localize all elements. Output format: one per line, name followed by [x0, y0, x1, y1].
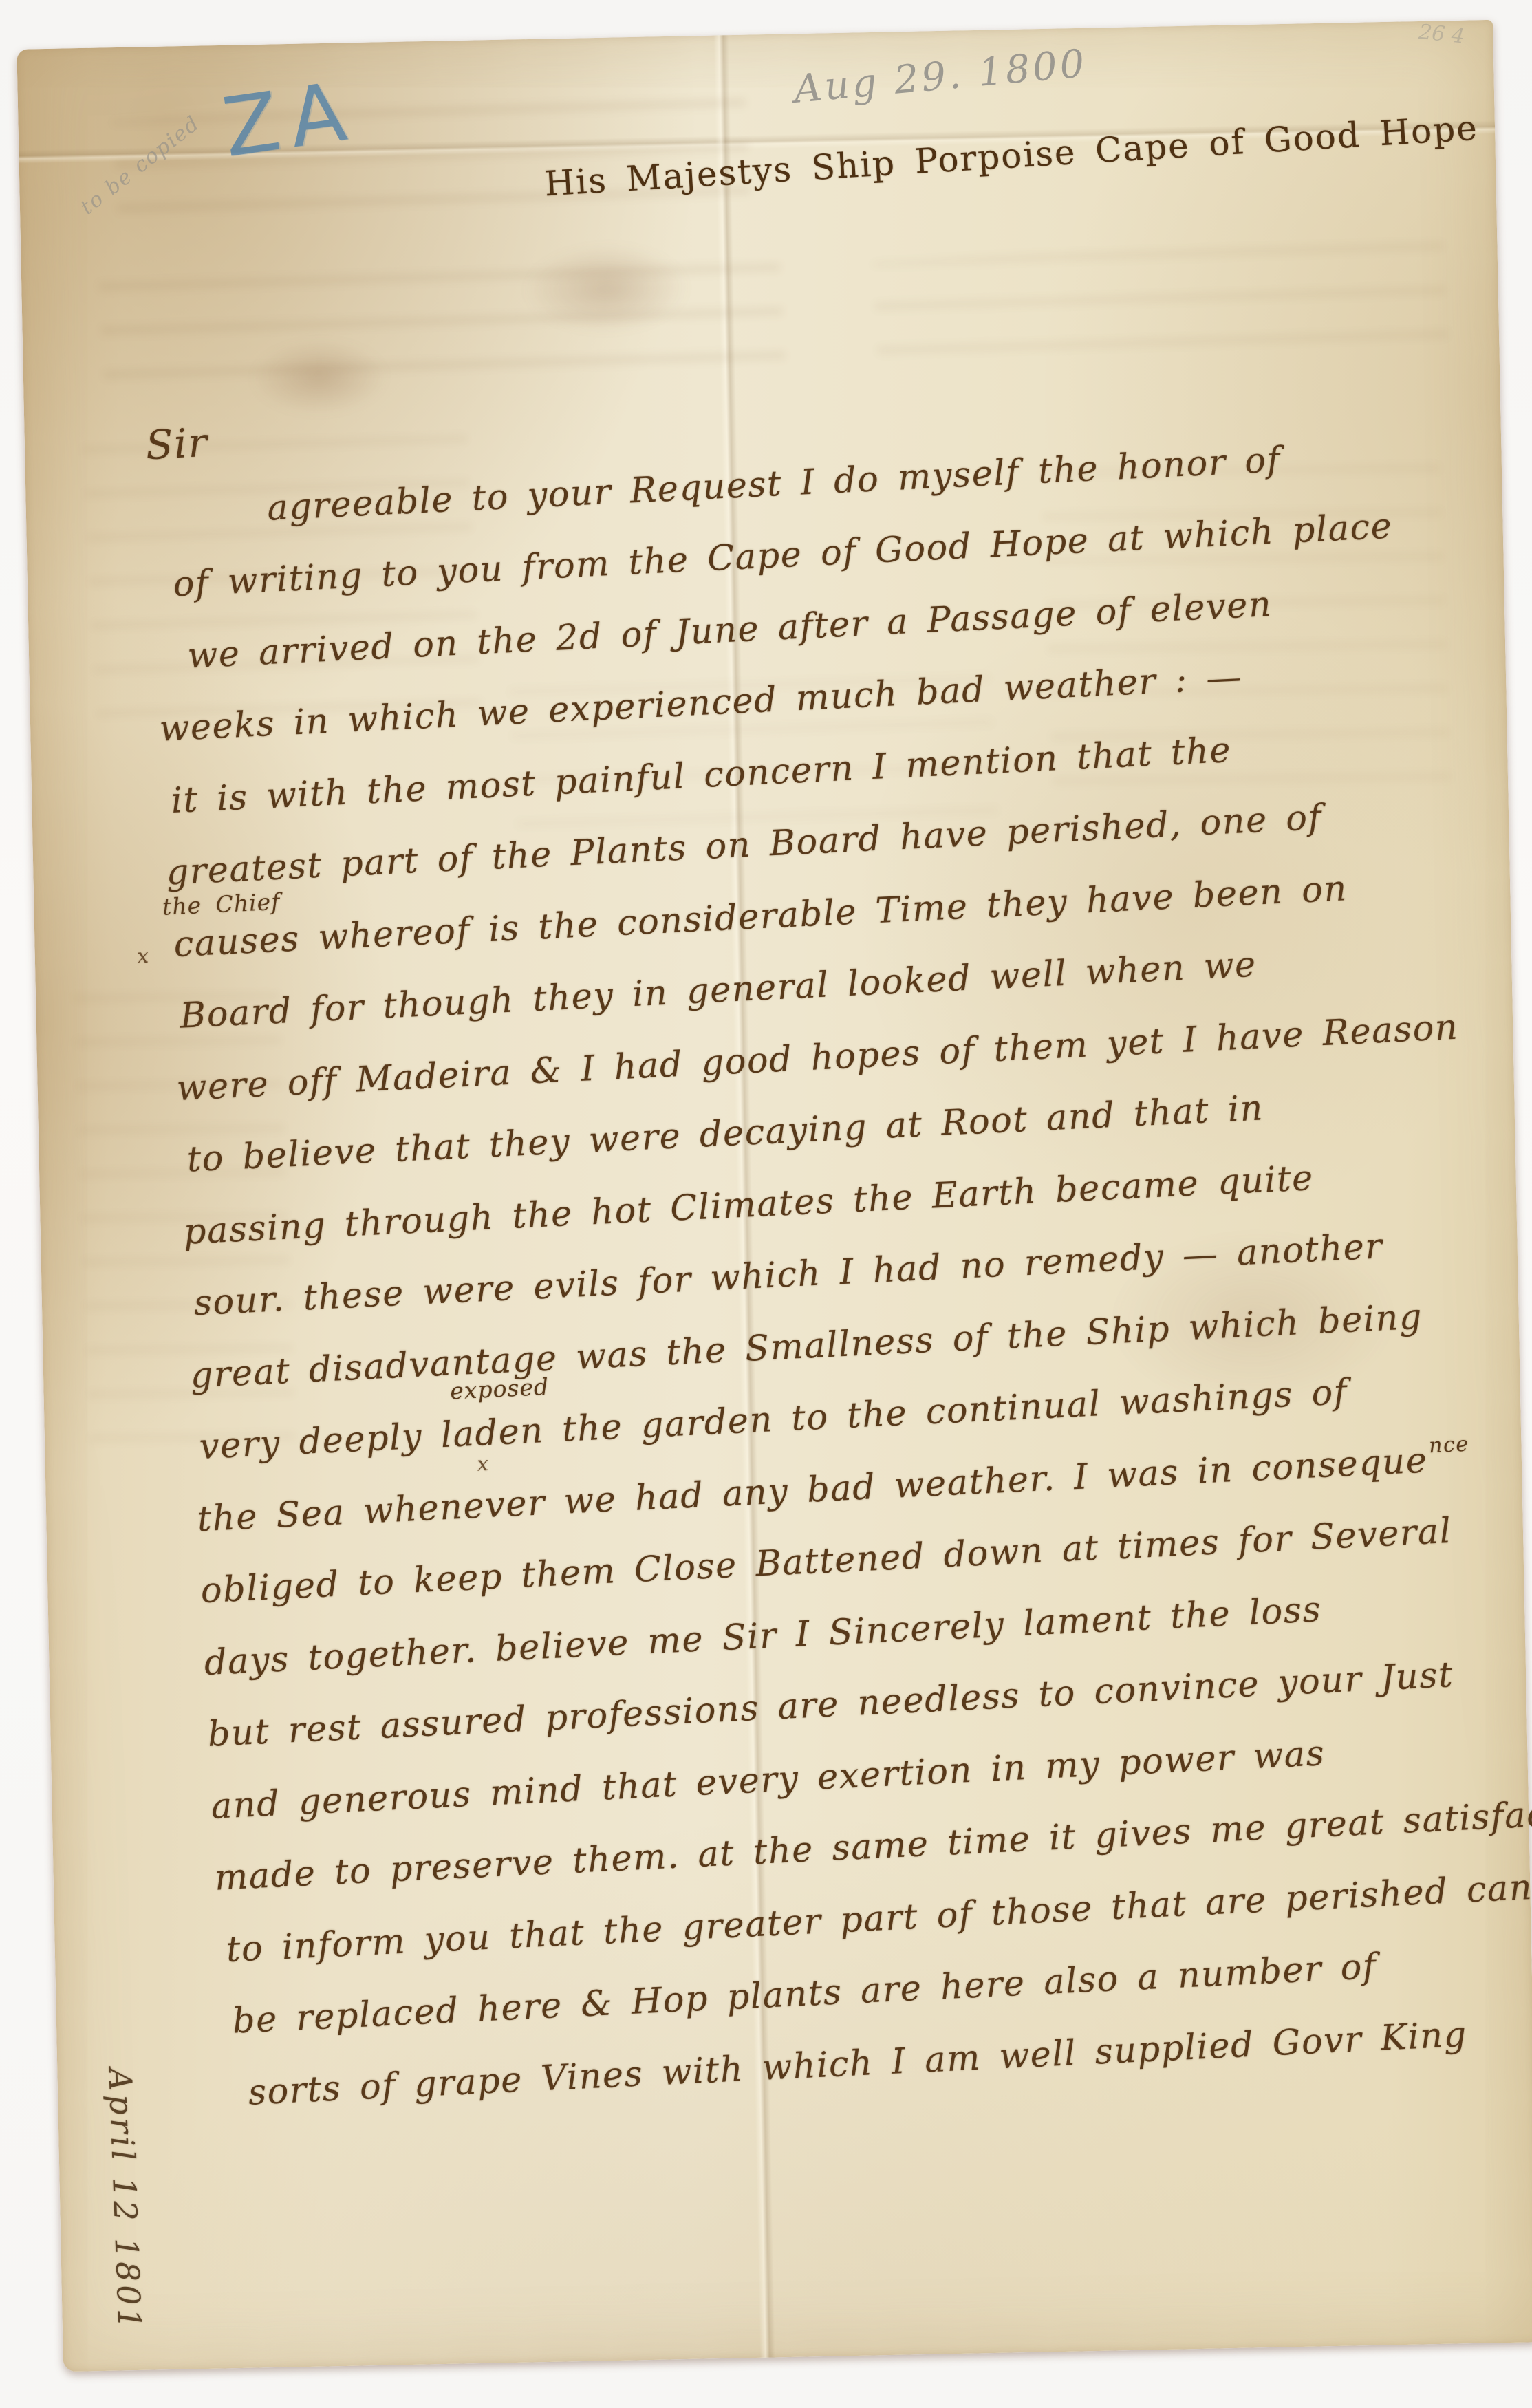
- ink-smudge: [523, 242, 690, 335]
- pencil-date: Aug 29. 1800: [792, 41, 1089, 112]
- letter-page: ZA to be copied Aug 29. 1800 26 4 His Ma…: [17, 20, 1532, 2372]
- interline-insertion: exposed: [449, 1373, 549, 1405]
- corner-pencil-mark: 26 4: [1418, 20, 1466, 49]
- letter-heading: His Majestys Ship Porpoise Cape of Good …: [543, 108, 1479, 204]
- interline-insertion: the Chief: [162, 888, 281, 920]
- insertion-caret: x: [477, 1452, 490, 1476]
- insertion-caret: x: [137, 943, 150, 967]
- archival-blue-mark: ZA: [217, 63, 363, 175]
- ink-showthrough: [872, 231, 1449, 372]
- ink-smudge: [250, 338, 389, 416]
- pencil-note: to be copied: [76, 111, 204, 220]
- letter-body: Sir agreeable to your Request I do mysel…: [144, 359, 1532, 2145]
- superscript-insertion: nce: [1428, 1432, 1469, 1458]
- ink-showthrough: [98, 235, 785, 396]
- margin-docket: April 12 1801: [101, 2067, 148, 2333]
- scan-background: { "annotations": { "file_mark": "ZA", "p…: [0, 0, 1532, 2408]
